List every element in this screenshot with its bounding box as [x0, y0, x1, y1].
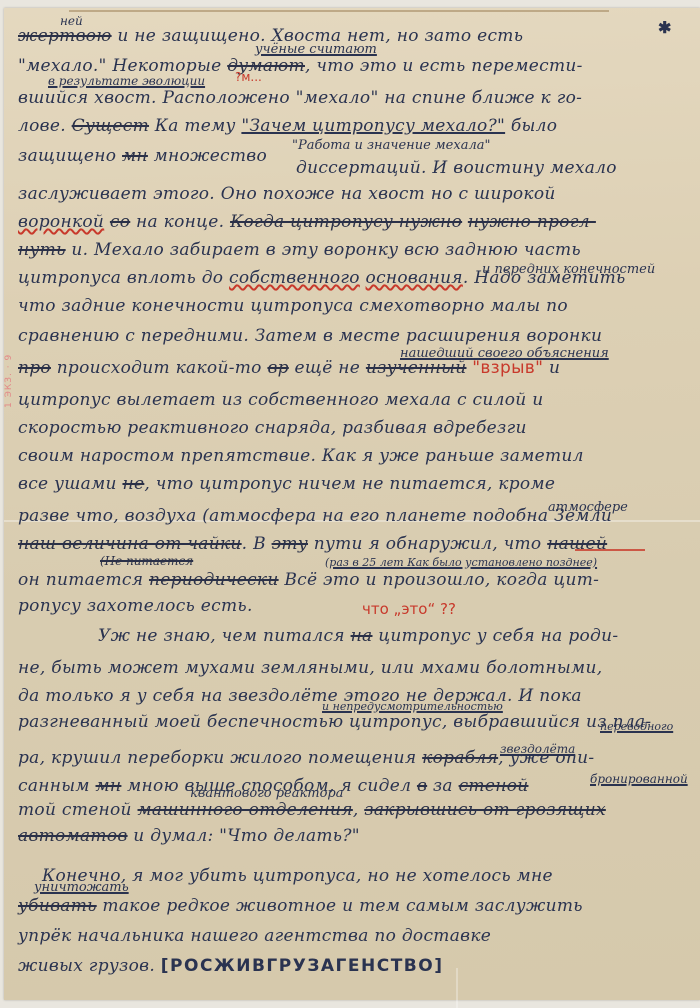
- manuscript-line: той стеной машинного отделения, закрывши…: [18, 800, 692, 820]
- insertion-above: уничтожать: [34, 880, 129, 895]
- struck-phrase: нужно прогл-: [468, 212, 596, 232]
- line-text: было: [511, 116, 557, 136]
- underlined-word: воронкой: [18, 212, 104, 232]
- line-text: и: [549, 358, 560, 378]
- line-text: защищено: [18, 146, 116, 166]
- line-text: за: [433, 776, 453, 796]
- manuscript-line: разве что, воздуха (атмосфера на его пла…: [18, 506, 692, 526]
- line-text: вшийся хвост. Расположено "мехало" на сп…: [18, 88, 582, 108]
- line-text: Ка тему: [155, 116, 236, 136]
- manuscript-line: не, быть может мухами земляными, или мха…: [18, 658, 692, 678]
- line-text: упрёк начальника нашего агентства по дос…: [18, 926, 491, 946]
- line-text: цитропуса вплоть до: [18, 268, 223, 288]
- struck-phrase: машинного отделения: [138, 800, 353, 820]
- struck-phrase: закрывшись от грозящих: [364, 800, 606, 820]
- manuscript-line: про происходит какой-то вр ещё не изучен…: [18, 358, 692, 378]
- struck-word: мн: [122, 146, 148, 166]
- manuscript-line: нуть и. Мехало забирает в эту воронку вс…: [18, 240, 692, 260]
- manuscript-line: лове. Сущест Ка тему "Зачем цитропусу ме…: [18, 116, 692, 136]
- struck-word: периодически: [149, 570, 279, 590]
- manuscript-line: автоматов и думал: "Что делать?": [18, 826, 692, 846]
- questioned-word: собственного: [229, 268, 360, 288]
- struck-word: со: [110, 212, 130, 232]
- manuscript-line: что задние конечности цитропуса смехотво…: [18, 296, 692, 316]
- manuscript-line: цитропус вылетает из собственного мехала…: [18, 390, 692, 410]
- struck-word: Сущест: [72, 116, 149, 136]
- manuscript-line: сравнению с передними. Затем в месте рас…: [18, 326, 692, 346]
- line-text: своим наростом препятствие. Как я уже ра…: [18, 446, 584, 466]
- manuscript-line: своим наростом препятствие. Как я уже ра…: [18, 446, 692, 466]
- line-text: Уж не знаю, чем питался: [98, 626, 345, 646]
- line-text: разве что, воздуха (атмосфера на его пла…: [18, 506, 612, 526]
- struck-phrase: наш величина от чайки: [18, 534, 242, 554]
- line-text: живых грузов.: [18, 956, 155, 976]
- line-text: множество: [154, 146, 267, 166]
- manuscript-line: живых грузов. [РОСЖИВГРУЗАГЕНСТВО]: [18, 956, 692, 976]
- line-text: что задние конечности цитропуса смехотво…: [18, 296, 568, 316]
- struck-word: корабля: [422, 748, 498, 768]
- line-text: захотелось есть.: [87, 596, 253, 616]
- red-annotation: что „это“ ??: [362, 600, 456, 618]
- line-text: скоростью реактивного снаряда, разбивая …: [18, 418, 527, 438]
- manuscript-line: все ушами не, что цитропус ничем не пита…: [18, 474, 692, 494]
- line-text: и. Мехало забирает в эту воронку всю зад…: [71, 240, 581, 260]
- insertion-above: в результате эволюции: [48, 74, 205, 88]
- line-text: такое редкое животное и тем самым заслуж…: [102, 896, 582, 916]
- manuscript-line: "мехало." Некоторые думают, что это и ес…: [18, 56, 692, 76]
- manuscript-line: Уж не знаю, чем питался на цитропус у се…: [18, 626, 692, 646]
- line-text: и думал: "Что делать?": [133, 826, 360, 846]
- line-text: цитропус вылетает из собственного мехала…: [18, 390, 543, 410]
- line-text: , уже опи-: [498, 748, 594, 768]
- struck-word: мн: [96, 776, 122, 796]
- manuscript-line: разгневанный моей беспечностью цитропус,…: [18, 712, 692, 732]
- line-text: ропусу: [18, 596, 81, 616]
- struck-word: убивать: [18, 896, 97, 916]
- line-text: Всё это и произошло, когда цит-: [284, 570, 599, 590]
- manuscript-line: воронкой со на конце. Когда цитропусу ну…: [18, 212, 692, 232]
- struck-word: стеной: [459, 776, 529, 796]
- insertion-above: учёные считают: [255, 42, 377, 57]
- struck-phrase: Когда цитропусу нужно: [230, 212, 462, 232]
- struck-word: в: [417, 776, 427, 796]
- line-text: ещё не: [295, 358, 361, 378]
- line-text: диссертаций. И воистину мехало: [296, 158, 617, 178]
- line-text: . В: [242, 534, 266, 554]
- struck-word: на: [351, 626, 373, 646]
- struck-word: не: [122, 474, 144, 494]
- manuscript-line: санным мн мною выше способом, я сидел в …: [18, 776, 692, 796]
- line-text: пути я обнаружил, что: [314, 534, 542, 554]
- struck-word: нуть: [18, 240, 66, 260]
- line-text: происходит какой-то: [57, 358, 262, 378]
- line-text: лове.: [18, 116, 66, 136]
- insertion-above: (раз в 25 лет Как было установлено поздн…: [325, 556, 597, 569]
- manuscript-line: заслуживает этого. Оно похоже на хвост н…: [18, 184, 692, 204]
- line-text: цитропус у себя на роди-: [378, 626, 618, 646]
- manuscript-line: диссертаций. И воистину мехало: [296, 158, 692, 178]
- line-text: . Надо заметить: [463, 268, 626, 288]
- insertion-above: квантового реактора: [190, 786, 343, 801]
- line-text: , что цитропус ничем не питается, кроме: [144, 474, 555, 494]
- margin-red-stamp: 1 ЭКЗ. · 9: [4, 288, 18, 408]
- line-text: заслуживает этого. Оно похоже на хвост н…: [18, 184, 556, 204]
- questioned-word: основания: [366, 268, 463, 288]
- line-text: той стеной: [18, 800, 132, 820]
- manuscript-line: ра, крушил переборки жилого помещения ко…: [18, 748, 692, 768]
- line-text: ра, крушил переборки жилого помещения: [18, 748, 416, 768]
- line-text: на конце.: [136, 212, 224, 232]
- struck-word: автоматов: [18, 826, 128, 846]
- red-annotation: ?м...: [235, 70, 262, 84]
- line-text: санным: [18, 776, 90, 796]
- struck-word: эту: [272, 534, 308, 554]
- agency-name-caps: [РОСЖИВГРУЗАГЕНСТВО]: [161, 956, 444, 976]
- manuscript-line: скоростью реактивного снаряда, разбивая …: [18, 418, 692, 438]
- red-underline-mark: [575, 549, 645, 552]
- underlined-phrase: "Зачем цитропусу мехало?": [241, 116, 505, 136]
- insertion-above: (Не питается: [100, 554, 193, 568]
- line-text: сравнению с передними. Затем в месте рас…: [18, 326, 602, 346]
- manuscript-line: убивать такое редкое животное и тем самы…: [18, 896, 692, 916]
- struck-word: вр: [267, 358, 288, 378]
- line-text: он питается: [18, 570, 143, 590]
- red-annotation: "взрыв": [472, 358, 543, 378]
- line-text: , что это и есть перемести-: [305, 56, 583, 76]
- line-text: не, быть может мухами земляными, или мха…: [18, 658, 602, 678]
- manuscript-line: цитропуса вплоть до собственного основан…: [18, 268, 692, 288]
- manuscript-line: он питается периодически Всё это и произ…: [18, 570, 692, 590]
- line-text: все ушами: [18, 474, 117, 494]
- manuscript-line: вшийся хвост. Расположено "мехало" на сп…: [18, 88, 692, 108]
- struck-word: изученный: [366, 358, 467, 378]
- manuscript-line: ропусу захотелось есть.: [18, 596, 692, 616]
- struck-word: про: [18, 358, 51, 378]
- line-text: "мехало." Некоторые: [18, 56, 222, 76]
- manuscript-line: Конечно, я мог убить цитропуса, но не хо…: [42, 866, 692, 886]
- line-text: разгневанный моей беспечностью цитропус,…: [18, 712, 651, 732]
- manuscript-page: 1 ЭКЗ. · 9 ✱ ней жертвою и не защищено. …: [0, 0, 700, 1004]
- struck-word: жертвою: [18, 26, 112, 46]
- manuscript-line: упрёк начальника нашего агентства по дос…: [18, 926, 692, 946]
